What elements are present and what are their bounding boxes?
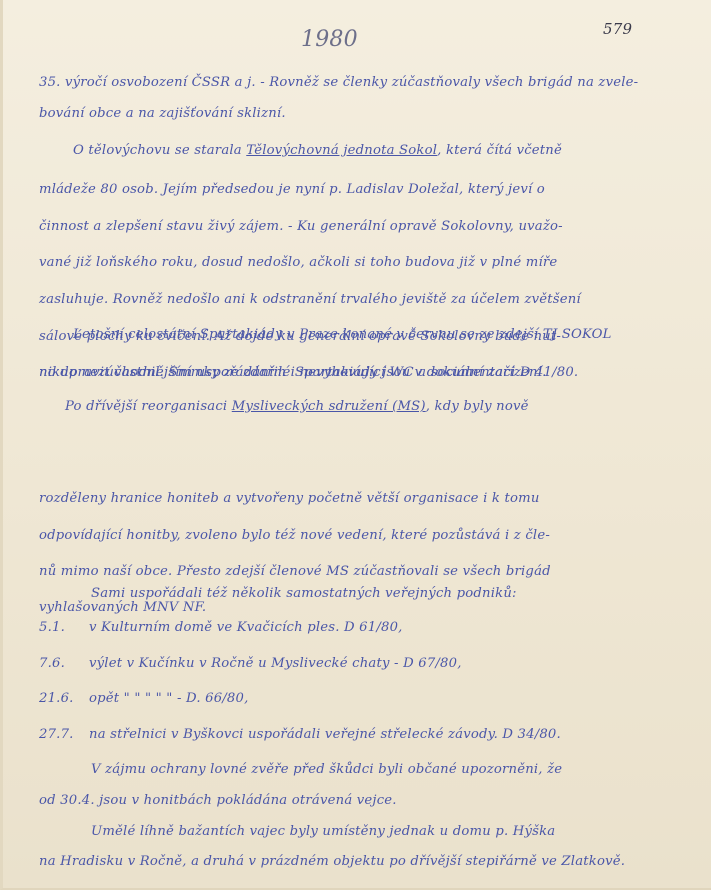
underlined-organization: Tělovýchovná jednota Sokol (246, 143, 437, 158)
event-date: 7.6. (39, 657, 89, 670)
event-date: 5.1. (39, 621, 89, 634)
text-segment: O tělovýchovu se starala (73, 143, 246, 158)
event-date: 21.6. (39, 692, 89, 705)
text-line: vyhlašovaných MNV NF. (39, 601, 206, 614)
text-line: nikdo nezúčastnil. Snímky ze zdařilé Spa… (39, 366, 578, 379)
underlined-organization: Mysliveckých sdružení (MS) (232, 399, 426, 414)
event-line: 21.6.opět " " " " " - D. 66/80, (39, 692, 249, 705)
event-line: 27.7.na střelnici v Byškovci uspořádali … (39, 728, 561, 741)
year-heading: 1980 (301, 27, 358, 52)
text-line: zasluhuje. Rovněž nedošlo ani k odstraně… (39, 293, 581, 306)
archive-page: 1980 579 35. výročí osvobození ČSSR a j.… (0, 0, 711, 890)
event-text: opět " " " " " - D. 66/80, (89, 691, 249, 706)
event-text: na střelnici v Byškovci uspořádali veřej… (89, 727, 561, 742)
text-line: vané již loňského roku, dosud nedošlo, a… (39, 256, 557, 269)
text-line: Letošní celostátní Spartakiády v Praze k… (73, 328, 612, 341)
text-line: Sami uspořádali též několik samostatných… (91, 587, 517, 600)
text-segment: Po dřívější reorganisaci (65, 399, 232, 414)
text-line: nů mimo naší obce. Přesto zdejší členové… (39, 565, 551, 578)
event-text: v Kulturním domě ve Kvačicích ples. D 61… (89, 620, 403, 635)
text-line: činnost a zlepšení stavu živý zájem. - K… (39, 220, 563, 233)
text-line: na Hradisku v Ročně, a druhá v prázdném … (39, 855, 625, 868)
text-line: rozděleny hranice honiteb a vytvořeny po… (39, 492, 540, 505)
event-text: výlet v Kučínku v Ročně u Myslivecké cha… (89, 656, 462, 671)
event-line: 5.1.v Kulturním domě ve Kvačicích ples. … (39, 621, 403, 634)
text-segment: , kdy byly nově (426, 399, 529, 414)
text-line: odpovídající honitby, zvoleno bylo též n… (39, 529, 550, 542)
text-line: bování obce a na zajišťování sklizní. (39, 107, 286, 120)
event-date: 27.7. (39, 728, 89, 741)
page-number: 579 (603, 20, 632, 38)
text-line: od 30.4. jsou v honitbách pokládána otrá… (39, 794, 397, 807)
text-line: Po dřívější reorganisaci Mysliveckých sd… (65, 400, 529, 413)
text-line: Umělé líhně bažantích vajec byly umístěn… (91, 825, 555, 838)
text-segment: , která čítá včetně (437, 143, 562, 158)
text-line: mládeže 80 osob. Jejím předsedou je nyní… (39, 183, 545, 196)
text-line: V zájmu ochrany lovné zvěře před škůdci … (91, 763, 562, 776)
event-line: 7.6.výlet v Kučínku v Ročně u Myslivecké… (39, 657, 462, 670)
text-line: O tělovýchovu se starala Tělovýchovná je… (73, 144, 562, 157)
text-line: 35. výročí osvobození ČSSR a j. - Rovněž… (39, 76, 638, 89)
